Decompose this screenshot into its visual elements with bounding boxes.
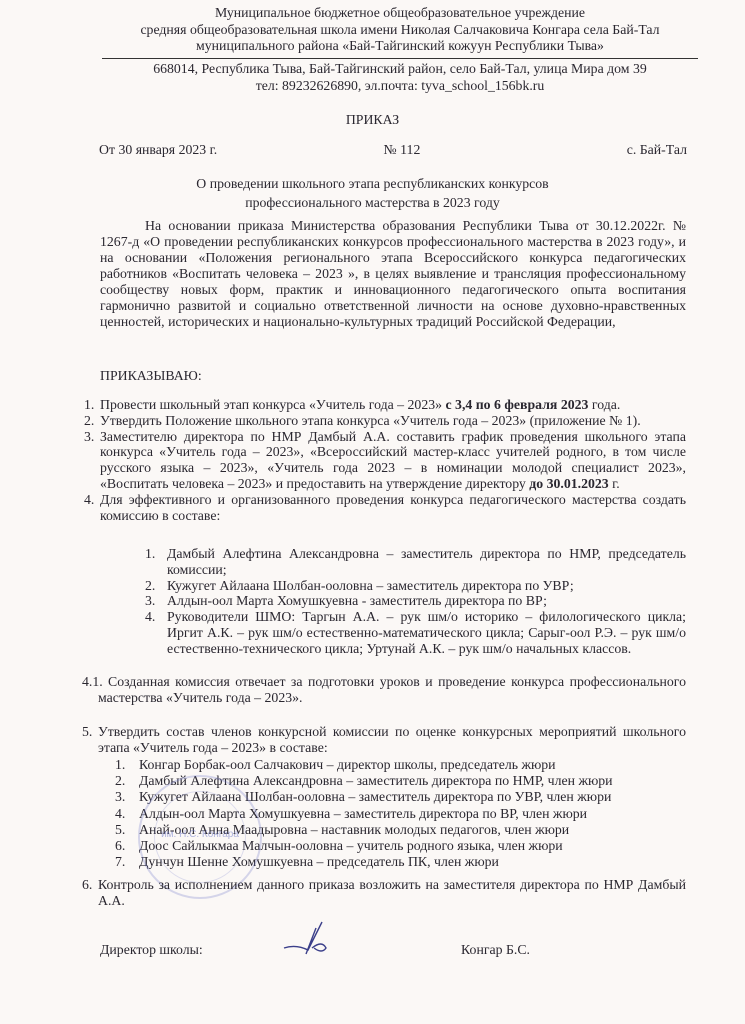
commission-member: 2.Кужугет Айлаана Шолбан-ооловна – замес… bbox=[145, 578, 686, 594]
commission-member: 1.Дамбый Алефтина Александровна – замест… bbox=[145, 546, 686, 578]
stamp-text: им. Н.С. Конгара bbox=[140, 829, 260, 840]
contest-dates: с 3,4 по 6 февраля 2023 bbox=[445, 397, 588, 412]
org-line: средняя общеобразовательная школа имени … bbox=[100, 22, 700, 39]
order-item-5-block: 5.Утвердить состав членов конкурсной ком… bbox=[82, 724, 686, 756]
org-line: муниципального района «Бай-Тайгинский ко… bbox=[100, 38, 700, 55]
document-page: Муниципальное бюджетное общеобразователь… bbox=[0, 0, 745, 1024]
document-type: ПРИКАЗ bbox=[0, 112, 745, 128]
commission-member: 3.Алдын-оол Марта Хомушкуевна - заместит… bbox=[145, 593, 686, 609]
order-item-4-1-block: 4.1.Созданная комиссия отвечает за подго… bbox=[82, 674, 686, 706]
document-number: № 112 bbox=[384, 142, 421, 158]
header-divider bbox=[102, 58, 698, 59]
org-line: Муниципальное бюджетное общеобразователь… bbox=[100, 5, 700, 22]
jury-member: 1.Конгар Борбак-оол Салчакович – директо… bbox=[115, 757, 685, 773]
deadline: до 30.01.2023 bbox=[529, 476, 608, 491]
order-item-2: 2.Утвердить Положение школьного этапа ко… bbox=[84, 413, 686, 429]
organization-header: Муниципальное бюджетное общеобразователь… bbox=[100, 5, 700, 55]
order-item-6-block: 6.Контроль за исполнением данного приказ… bbox=[82, 877, 686, 909]
document-subject: О проведении школьного этапа республикан… bbox=[0, 175, 745, 212]
subject-line: О проведении школьного этапа республикан… bbox=[0, 175, 745, 194]
order-item-6: 6.Контроль за исполнением данного приказ… bbox=[82, 877, 686, 909]
date-line: От 30 января 2023 г. № 112 с. Бай-Тал bbox=[99, 142, 687, 158]
address: 668014, Республика Тыва, Бай-Тайгинский … bbox=[100, 61, 700, 78]
order-item-1: 1.Провести школьный этап конкурса «Учите… bbox=[84, 397, 686, 413]
order-item-4-1: 4.1.Созданная комиссия отвечает за подго… bbox=[82, 674, 686, 706]
order-item-4: 4.Для эффективного и организованного про… bbox=[84, 492, 686, 524]
order-items: 1.Провести школьный этап конкурса «Учите… bbox=[84, 397, 686, 523]
order-item-5: 5.Утвердить состав членов конкурсной ком… bbox=[82, 724, 686, 756]
order-item-3: 3.Заместителю директора по НМР Дамбый А.… bbox=[84, 429, 686, 492]
commission-member: 4.Руководители ШМО: Таргын А.А. – рук шм… bbox=[145, 609, 686, 656]
preamble-text: На основании приказа Министерства образо… bbox=[100, 218, 686, 329]
signature-line: Директор школы: Конгар Б.С. bbox=[100, 942, 530, 958]
document-date: От 30 января 2023 г. bbox=[99, 142, 217, 158]
document-place: с. Бай-Тал bbox=[627, 142, 687, 158]
signatory-role: Директор школы: bbox=[100, 942, 203, 958]
signatory-name: Конгар Б.С. bbox=[461, 942, 530, 958]
subject-line: профессионального мастерства в 2023 году bbox=[0, 194, 745, 213]
order-word: ПРИКАЗЫВАЮ: bbox=[100, 368, 202, 384]
contacts: тел: 89232626890, эл.почта: tyva_school_… bbox=[100, 78, 700, 95]
commission-list: 1.Дамбый Алефтина Александровна – замест… bbox=[145, 546, 686, 657]
contact-block: 668014, Республика Тыва, Бай-Тайгинский … bbox=[100, 61, 700, 94]
preamble: На основании приказа Министерства образо… bbox=[100, 218, 686, 330]
